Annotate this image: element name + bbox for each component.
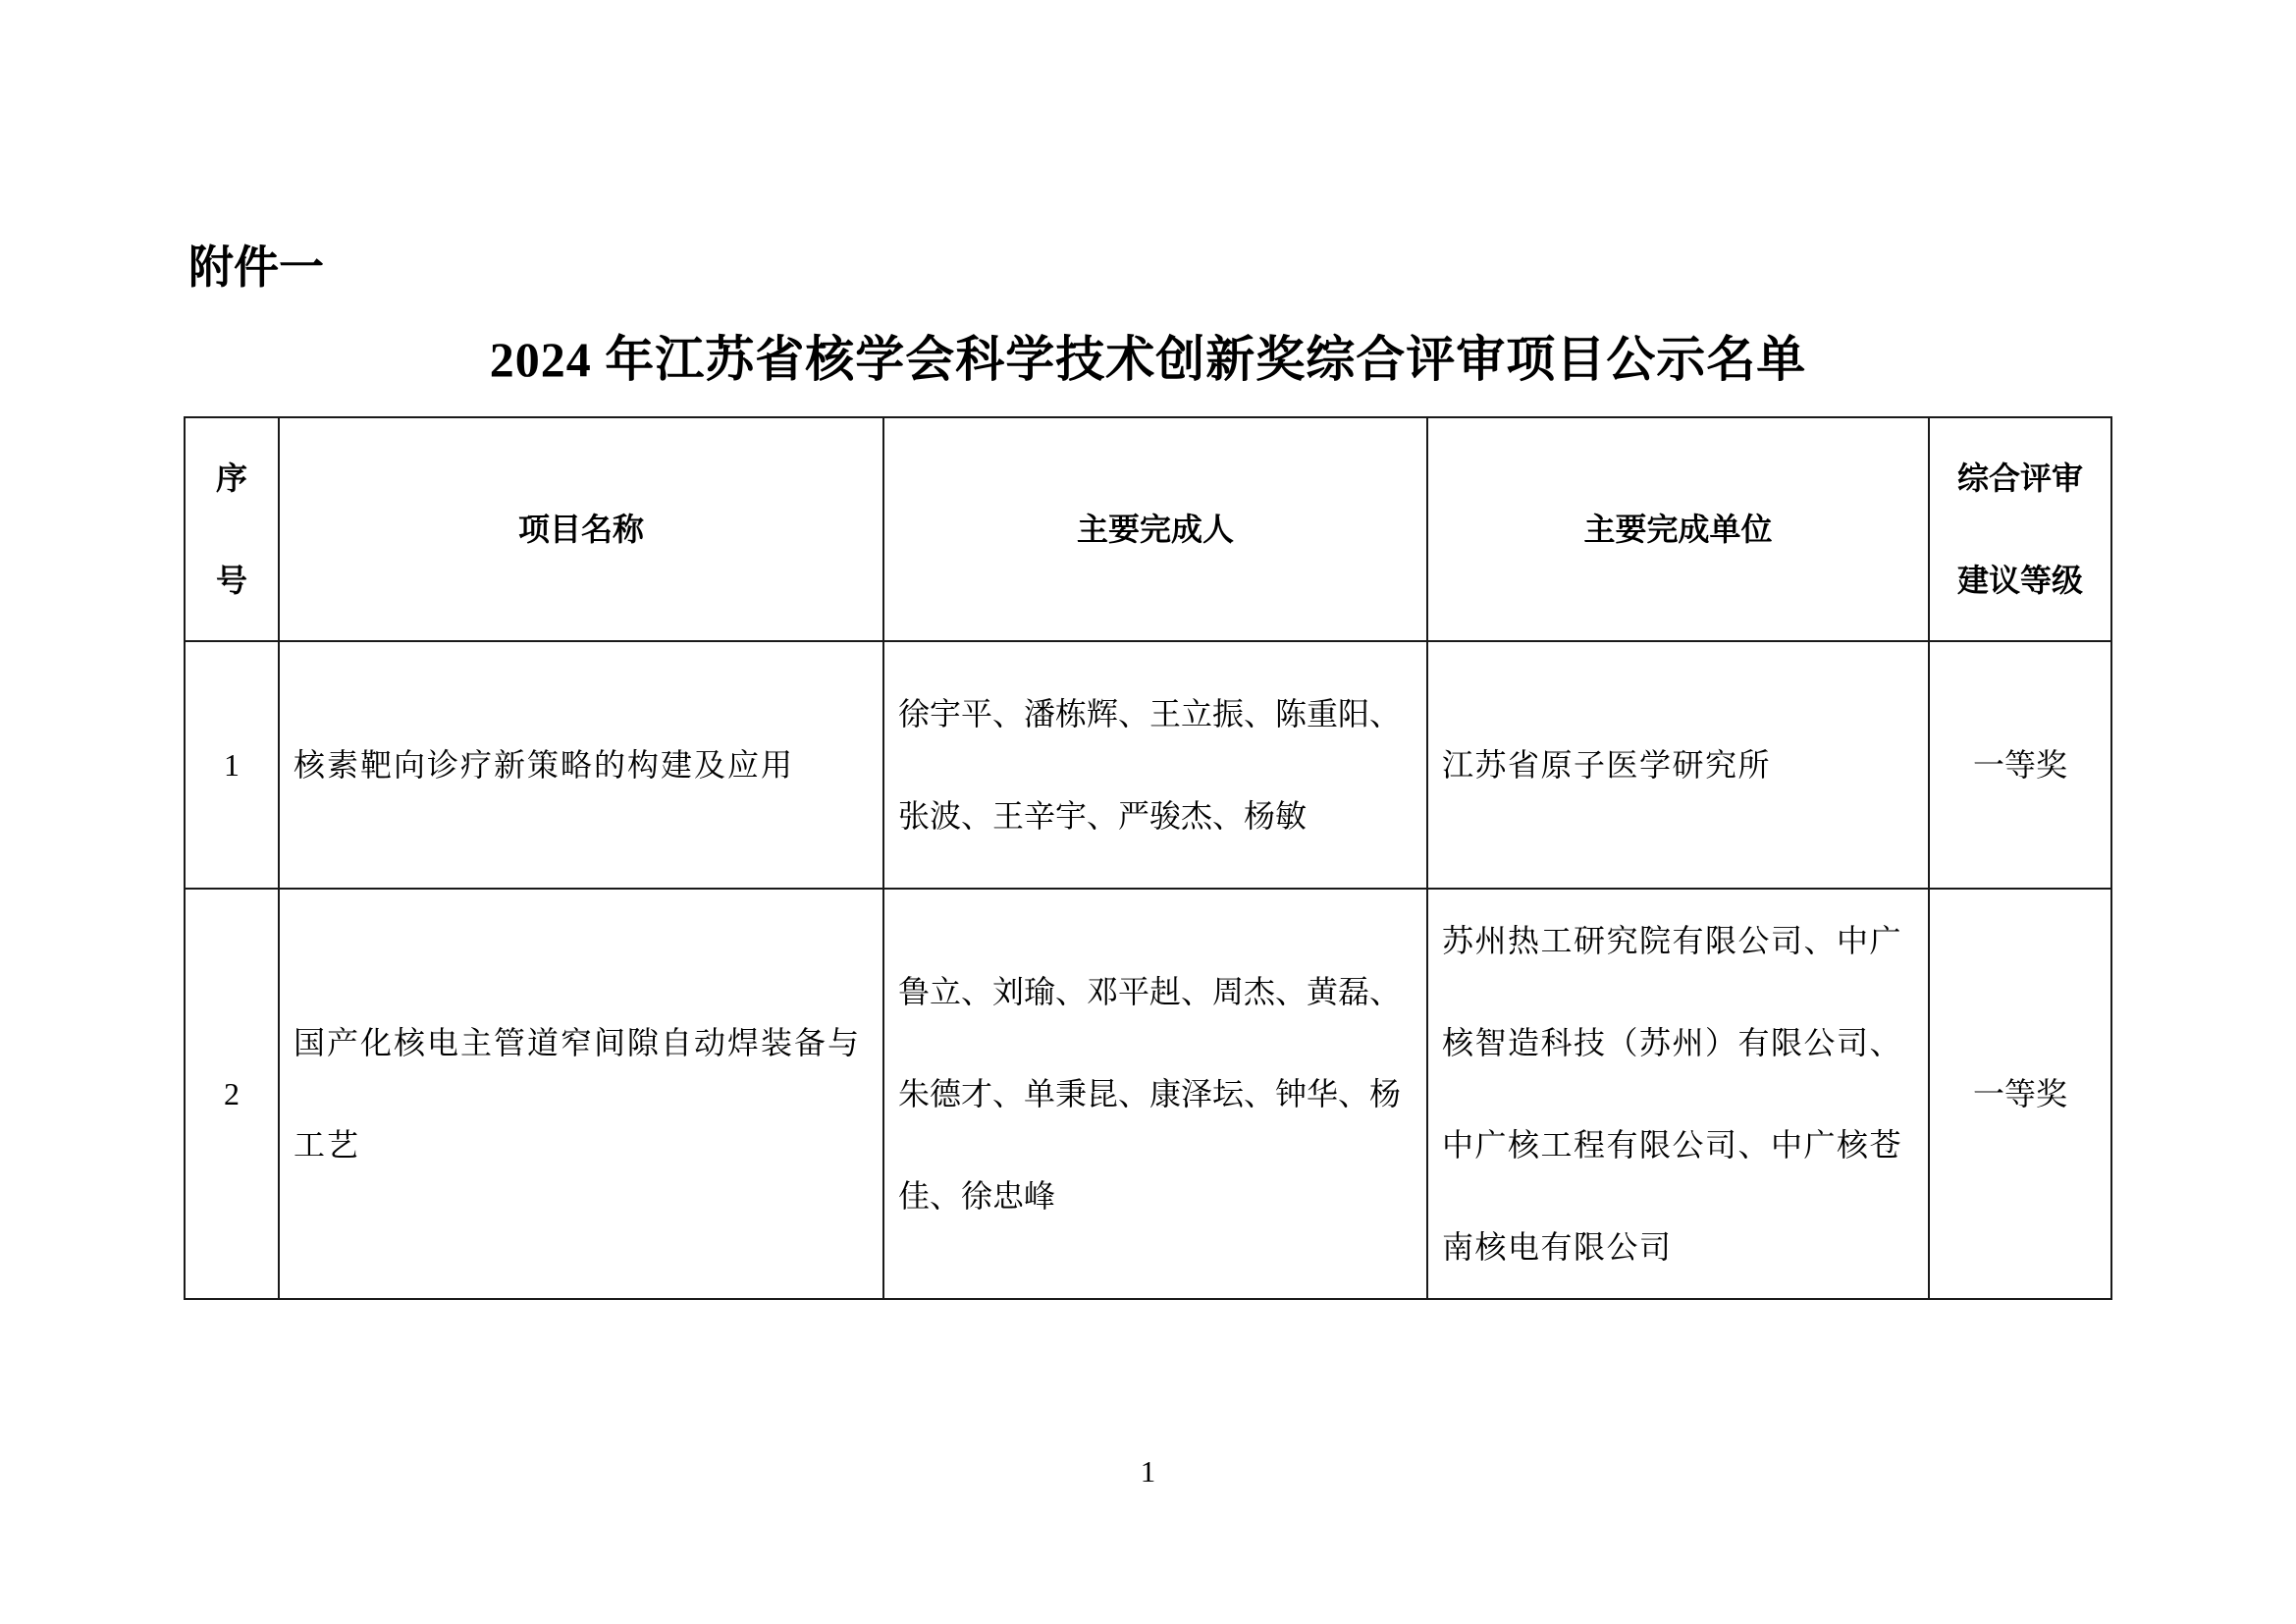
cell-organizations: 江苏省原子医学研究所 [1427, 641, 1929, 889]
col-header-project: 项目名称 [279, 417, 883, 641]
cell-organizations: 苏州热工研究院有限公司、中广核智造科技（苏州）有限公司、中广核工程有限公司、中广… [1427, 889, 1929, 1299]
cell-completers: 鲁立、刘瑜、邓平赳、周杰、黄磊、朱德才、单秉昆、康泽坛、钟华、杨佳、徐忠峰 [883, 889, 1427, 1299]
col-header-completers: 主要完成人 [883, 417, 1427, 641]
table-header-row: 序 号 项目名称 主要完成人 主要完成单位 综合评审 建议等级 [185, 417, 2111, 641]
document-title: 2024 年江苏省核学会科学技术创新奖综合评审项目公示名单 [0, 330, 2296, 389]
table-row: 1 核素靶向诊疗新策略的构建及应用 徐宇平、潘栋辉、王立振、陈重阳、张波、王辛宇… [185, 641, 2111, 889]
table-row: 2 国产化核电主管道窄间隙自动焊装备与工艺 鲁立、刘瑜、邓平赳、周杰、黄磊、朱德… [185, 889, 2111, 1299]
col-header-index: 序 号 [185, 417, 279, 641]
cell-grade: 一等奖 [1929, 889, 2111, 1299]
award-table: 序 号 项目名称 主要完成人 主要完成单位 综合评审 建议等级 1 核素靶向诊疗… [184, 416, 2112, 1300]
cell-project: 国产化核电主管道窄间隙自动焊装备与工艺 [279, 889, 883, 1299]
cell-project: 核素靶向诊疗新策略的构建及应用 [279, 641, 883, 889]
cell-index: 1 [185, 641, 279, 889]
cell-completers: 徐宇平、潘栋辉、王立振、陈重阳、张波、王辛宇、严骏杰、杨敏 [883, 641, 1427, 889]
cell-index: 2 [185, 889, 279, 1299]
cell-grade: 一等奖 [1929, 641, 2111, 889]
page-number: 1 [0, 1455, 2296, 1489]
col-header-grade-line1: 综合评审 [1944, 427, 2097, 529]
col-header-index-line2: 号 [199, 529, 264, 631]
col-header-organizations: 主要完成单位 [1427, 417, 1929, 641]
col-header-index-line1: 序 [199, 427, 264, 529]
attachment-label: 附件一 [188, 243, 324, 293]
col-header-grade-line2: 建议等级 [1944, 529, 2097, 631]
col-header-grade: 综合评审 建议等级 [1929, 417, 2111, 641]
